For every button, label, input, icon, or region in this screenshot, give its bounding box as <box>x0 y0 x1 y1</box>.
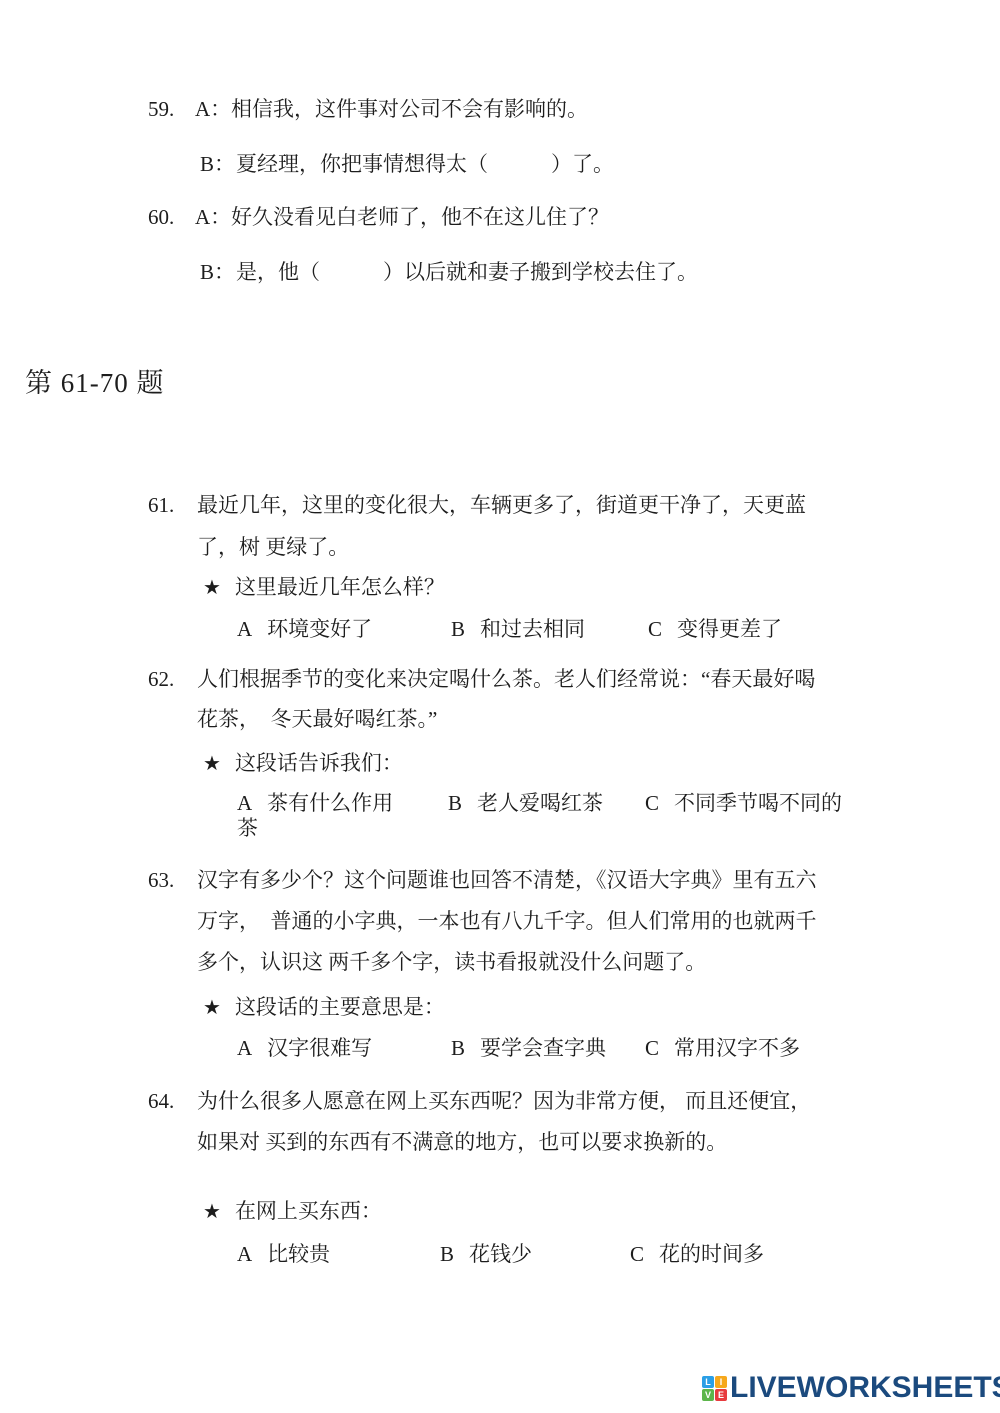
star-icon: ★ <box>203 1201 221 1223</box>
option-a: A比较贵 <box>237 1241 330 1268</box>
option-c: C花的时间多 <box>630 1241 764 1268</box>
option-label: A <box>237 1035 252 1062</box>
star-icon: ★ <box>203 577 221 599</box>
option-c: C不同季节喝不同的 <box>645 790 842 817</box>
option-c: C常用汉字不多 <box>645 1035 800 1062</box>
dialog-text: 好久没看见白老师了，他不在这儿住了？ <box>231 205 609 229</box>
option-text: 老人爱喝红茶 <box>477 791 603 815</box>
option-b: B老人爱喝红茶 <box>448 790 603 817</box>
question-number: 63. <box>148 867 194 894</box>
passage-line: 人们根据季节的变化来决定喝什么茶。老人们经常说：“春天最好喝 <box>197 666 815 693</box>
option-label: A <box>237 616 252 643</box>
option-text: 比较贵 <box>267 1242 330 1266</box>
option-label: C <box>630 1241 644 1268</box>
option-text: 茶有什么作用 <box>267 791 393 815</box>
option-b: B和过去相同 <box>451 616 585 643</box>
option-text: 变得更差了 <box>677 617 782 641</box>
question-prompt: 这段话告诉我们： <box>235 751 403 775</box>
question-number: 62. <box>148 666 194 693</box>
question-number: 59. <box>148 96 195 123</box>
dialog-line-59a: 59.A：相信我，这件事对公司不会有影响的。 <box>148 96 588 123</box>
option-b: B要学会查字典 <box>451 1035 606 1062</box>
logo-tile-v: V <box>702 1389 714 1401</box>
option-label: C <box>645 790 659 817</box>
dialog-speaker: B： <box>200 151 236 178</box>
question-prompt-line: ★在网上买东西： <box>203 1198 382 1225</box>
option-a: A环境变好了 <box>237 616 372 643</box>
option-text: 常用汉字不多 <box>674 1036 800 1060</box>
question-prompt-line: ★这段话的主要意思是： <box>203 994 445 1021</box>
dialog-speaker: A： <box>195 96 231 123</box>
option-label: B <box>451 1035 465 1062</box>
logo-tile-l: L <box>702 1376 714 1388</box>
worksheet-page: 59.A：相信我，这件事对公司不会有影响的。 B：夏经理，你把事情想得太（ ）了… <box>0 0 1000 1413</box>
section-title: 第 61-70 题 <box>25 366 165 401</box>
passage-line: 如果对 买到的东西有不满意的地方，也可以要求换新的。 <box>197 1129 727 1156</box>
dialog-text: 是，他（ ）以后就和妻子搬到学校去住了。 <box>236 260 698 284</box>
passage-line: 花茶， 冬天最好喝红茶。” <box>197 706 437 733</box>
option-text: 花钱少 <box>469 1242 532 1266</box>
brand-wordmark: LIVEWORKSHEETS <box>730 1373 1000 1403</box>
passage-line: 为什么很多人愿意在网上买东西呢？因为非常方便， 而且还便宜， <box>197 1088 811 1115</box>
option-text: 和过去相同 <box>480 617 585 641</box>
dialog-line-59b: B：夏经理，你把事情想得太（ ）了。 <box>200 151 614 178</box>
option-label: A <box>237 1241 252 1268</box>
option-label: A <box>237 790 252 817</box>
dialog-line-60b: B：是，他（ ）以后就和妻子搬到学校去住了。 <box>200 259 698 286</box>
option-text: 环境变好了 <box>267 617 372 641</box>
option-a: A汉字很难写 <box>237 1035 372 1062</box>
dialog-text: 相信我，这件事对公司不会有影响的。 <box>231 97 588 121</box>
option-overflow: 茶 <box>237 815 258 842</box>
option-c: C变得更差了 <box>648 616 782 643</box>
liveworksheets-tiles-icon: L I V E <box>702 1376 727 1401</box>
passage-line: 汉字有多少个？这个问题谁也回答不清楚，《汉语大字典》里有五六 <box>197 867 817 894</box>
option-label: C <box>645 1035 659 1062</box>
question-prompt: 这里最近几年怎么样？ <box>235 575 445 599</box>
question-prompt-line: ★这里最近几年怎么样？ <box>203 574 445 601</box>
dialog-speaker: A： <box>195 204 231 231</box>
question-prompt: 在网上买东西： <box>235 1199 382 1223</box>
option-label: B <box>448 790 462 817</box>
option-text: 花的时间多 <box>659 1242 764 1266</box>
option-text: 要学会查字典 <box>480 1036 606 1060</box>
option-text: 汉字很难写 <box>267 1036 372 1060</box>
liveworksheets-logo[interactable]: L I V E LIVEWORKSHEETS <box>702 1373 1000 1403</box>
passage-line: 多个，认识这 两千多个字，读书看报就没什么问题了。 <box>197 949 706 976</box>
logo-tile-i: I <box>715 1376 727 1388</box>
dialog-speaker: B： <box>200 259 236 286</box>
dialog-line-60a: 60.A：好久没看见白老师了，他不在这儿住了？ <box>148 204 609 231</box>
option-b: B花钱少 <box>440 1241 532 1268</box>
option-label: C <box>648 616 662 643</box>
logo-tile-e: E <box>715 1389 727 1401</box>
question-prompt-line: ★这段话告诉我们： <box>203 750 403 777</box>
star-icon: ★ <box>203 997 221 1019</box>
question-prompt: 这段话的主要意思是： <box>235 995 445 1019</box>
question-number: 61. <box>148 492 194 519</box>
passage-line: 最近几年，这里的变化很大，车辆更多了，街道更干净了，天更蓝 <box>197 492 806 519</box>
option-label: B <box>440 1241 454 1268</box>
option-a: A茶有什么作用 <box>237 790 393 817</box>
option-label: B <box>451 616 465 643</box>
question-number: 60. <box>148 204 195 231</box>
question-number: 64. <box>148 1088 194 1115</box>
passage-line: 万字， 普通的小字典，一本也有八九千字。但人们常用的也就两千 <box>197 908 817 935</box>
dialog-text: 夏经理，你把事情想得太（ ）了。 <box>236 152 614 176</box>
passage-line: 了，树 更绿了。 <box>197 534 349 561</box>
option-text: 不同季节喝不同的 <box>674 791 842 815</box>
star-icon: ★ <box>203 753 221 775</box>
